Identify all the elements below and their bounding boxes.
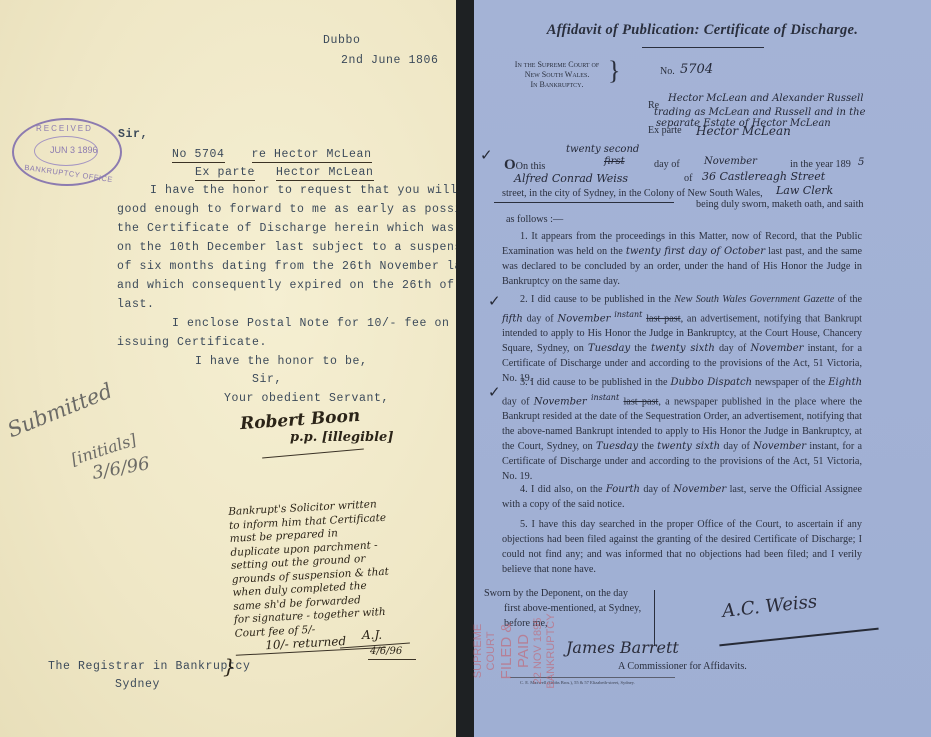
deponent-name: Alfred Conrad Weiss xyxy=(514,172,628,185)
occupation-fill: Law Clerk xyxy=(776,184,833,197)
court-line: New South Wales. xyxy=(502,70,612,80)
stamp-bottom-text: BANKRUPTCY OFFICE xyxy=(24,163,114,184)
year-label: in the year 189 xyxy=(790,159,851,170)
paragraph-5: 5. I have this day searched in the prope… xyxy=(502,517,862,577)
commissioner-label: A Commissioner for Affidavits. xyxy=(618,661,747,672)
reference-ex-parte-name: Hector McLean xyxy=(276,166,374,181)
minute-date: 4/6/96 xyxy=(370,646,402,657)
reference-number: No 5704 xyxy=(172,148,225,163)
on-this-label: On this xyxy=(516,161,546,172)
signature-underline xyxy=(262,449,364,459)
addressee-city: Sydney xyxy=(115,678,160,691)
addressee-brace: } xyxy=(223,654,236,678)
paragraph-4: 4. I did also, on the Fourth day of Nove… xyxy=(502,482,862,512)
court-brace: } xyxy=(608,56,620,86)
ex-parte-label: Ex parte xyxy=(648,125,682,136)
body-line: on the 10th December last subject to a s… xyxy=(117,241,485,254)
closing-line: I have the honor to be, xyxy=(195,355,368,368)
address-fill: 36 Castlereagh Street xyxy=(702,170,825,183)
day-fill-struck: first xyxy=(604,156,625,167)
received-stamp: RECEIVED JUN 3 1896 BANKRUPTCY OFFICE xyxy=(12,118,122,186)
stamp-date: JUN 3 1896 xyxy=(50,145,98,155)
deponent-signature: A.C. Weiss xyxy=(721,591,818,622)
stamp-line: 22 NOV 1895 xyxy=(532,606,545,696)
drop-cap: O xyxy=(504,157,516,173)
court-heading: In the Supreme Court of New South Wales.… xyxy=(502,60,612,90)
p1-date-fill: twenty first day of October xyxy=(626,246,765,257)
re-value: Hector McLean and Alexander Russell xyxy=(668,93,863,104)
stamp-line: BANKRUPTCY xyxy=(545,606,558,696)
blank-rule xyxy=(494,202,674,203)
check-mark-icon: ✓ xyxy=(480,146,493,165)
body-line: of six months dating from the 26th Novem… xyxy=(117,260,477,273)
street-line: street, in the city of Sydney, in the Co… xyxy=(502,188,763,199)
commissioner-signature: James Barrett xyxy=(566,638,679,657)
of-label: of xyxy=(684,173,693,184)
enclosure-line: I enclose Postal Note for 10/- fee on xyxy=(172,317,450,330)
closing-line: Your obedient Servant, xyxy=(224,392,389,405)
case-no-label: No. xyxy=(660,66,675,77)
signature-pp: p.p. [illegible] xyxy=(290,430,393,445)
stamp-line: SUPREME COURT xyxy=(472,606,498,696)
court-line: In Bankruptcy. xyxy=(502,80,612,90)
case-no-value: 5704 xyxy=(680,62,713,77)
day-fill: twenty second xyxy=(566,144,639,155)
ex-parte-value: Hector McLean xyxy=(696,124,791,138)
filed-paid-stamp: SUPREME COURT FILED & PAID 22 NOV 1895 B… xyxy=(472,606,582,696)
body-line: last. xyxy=(117,298,155,311)
court-line: In the Supreme Court of xyxy=(502,60,612,70)
paragraph-3: 3. I did cause to be published in the Du… xyxy=(502,375,862,484)
check-mark-icon: ✓ xyxy=(488,292,501,311)
body-line: I have the honor to request that you wil… xyxy=(150,184,480,197)
letter-date: 2nd June 1806 xyxy=(341,54,439,67)
addressee-line: The Registrar in Bankruptcy xyxy=(48,660,251,673)
body-line: good enough to forward to me as early as… xyxy=(117,203,485,216)
month-fill: November xyxy=(704,156,757,167)
stamp-line: FILED & PAID xyxy=(498,606,532,696)
title-rule xyxy=(642,47,764,48)
body-line: the Certificate of Discharge herein whic… xyxy=(117,222,515,235)
letter-page: Dubbo 2nd June 1806 RECEIVED JUN 3 1896 … xyxy=(0,0,456,737)
letter-place: Dubbo xyxy=(323,34,361,47)
gazette-name: New South Wales Government Gazette xyxy=(674,294,834,305)
year-fill: 5 xyxy=(858,157,864,168)
reference-re: re Hector McLean xyxy=(252,148,372,163)
jurat-line: Sworn by the Deponent, on the day xyxy=(484,586,641,601)
deponent-signature-rule xyxy=(719,628,878,647)
enclosure-line: issuing Certificate. xyxy=(117,336,267,349)
day-of-label: day of xyxy=(654,159,680,170)
closing-line: Sir, xyxy=(252,373,282,386)
reference-ex-parte: Ex parte xyxy=(195,166,255,181)
minute-initials: A.J. xyxy=(362,628,382,642)
as-follows: as follows :— xyxy=(506,214,563,225)
salutation: Sir, xyxy=(118,128,148,141)
affidavit-page: Affidavit of Publication: Certificate of… xyxy=(474,0,931,737)
sworn-line: being duly sworn, maketh oath, and saith xyxy=(696,199,864,210)
pencil-note-submitted: Submitted xyxy=(4,379,116,443)
minute-date-rule xyxy=(368,659,416,660)
check-mark-icon: ✓ xyxy=(488,383,501,402)
stamp-top-text: RECEIVED xyxy=(36,124,93,133)
body-line: and which consequently expired on the 26… xyxy=(117,279,485,292)
form-title: Affidavit of Publication: Certificate of… xyxy=(474,22,931,39)
re-value: trading as McLean and Russell and in the xyxy=(654,107,866,118)
paragraph-1: 1. It appears from the proceedings in th… xyxy=(502,229,862,289)
paragraph-2: 2. I did cause to be published in the Ne… xyxy=(502,292,862,386)
